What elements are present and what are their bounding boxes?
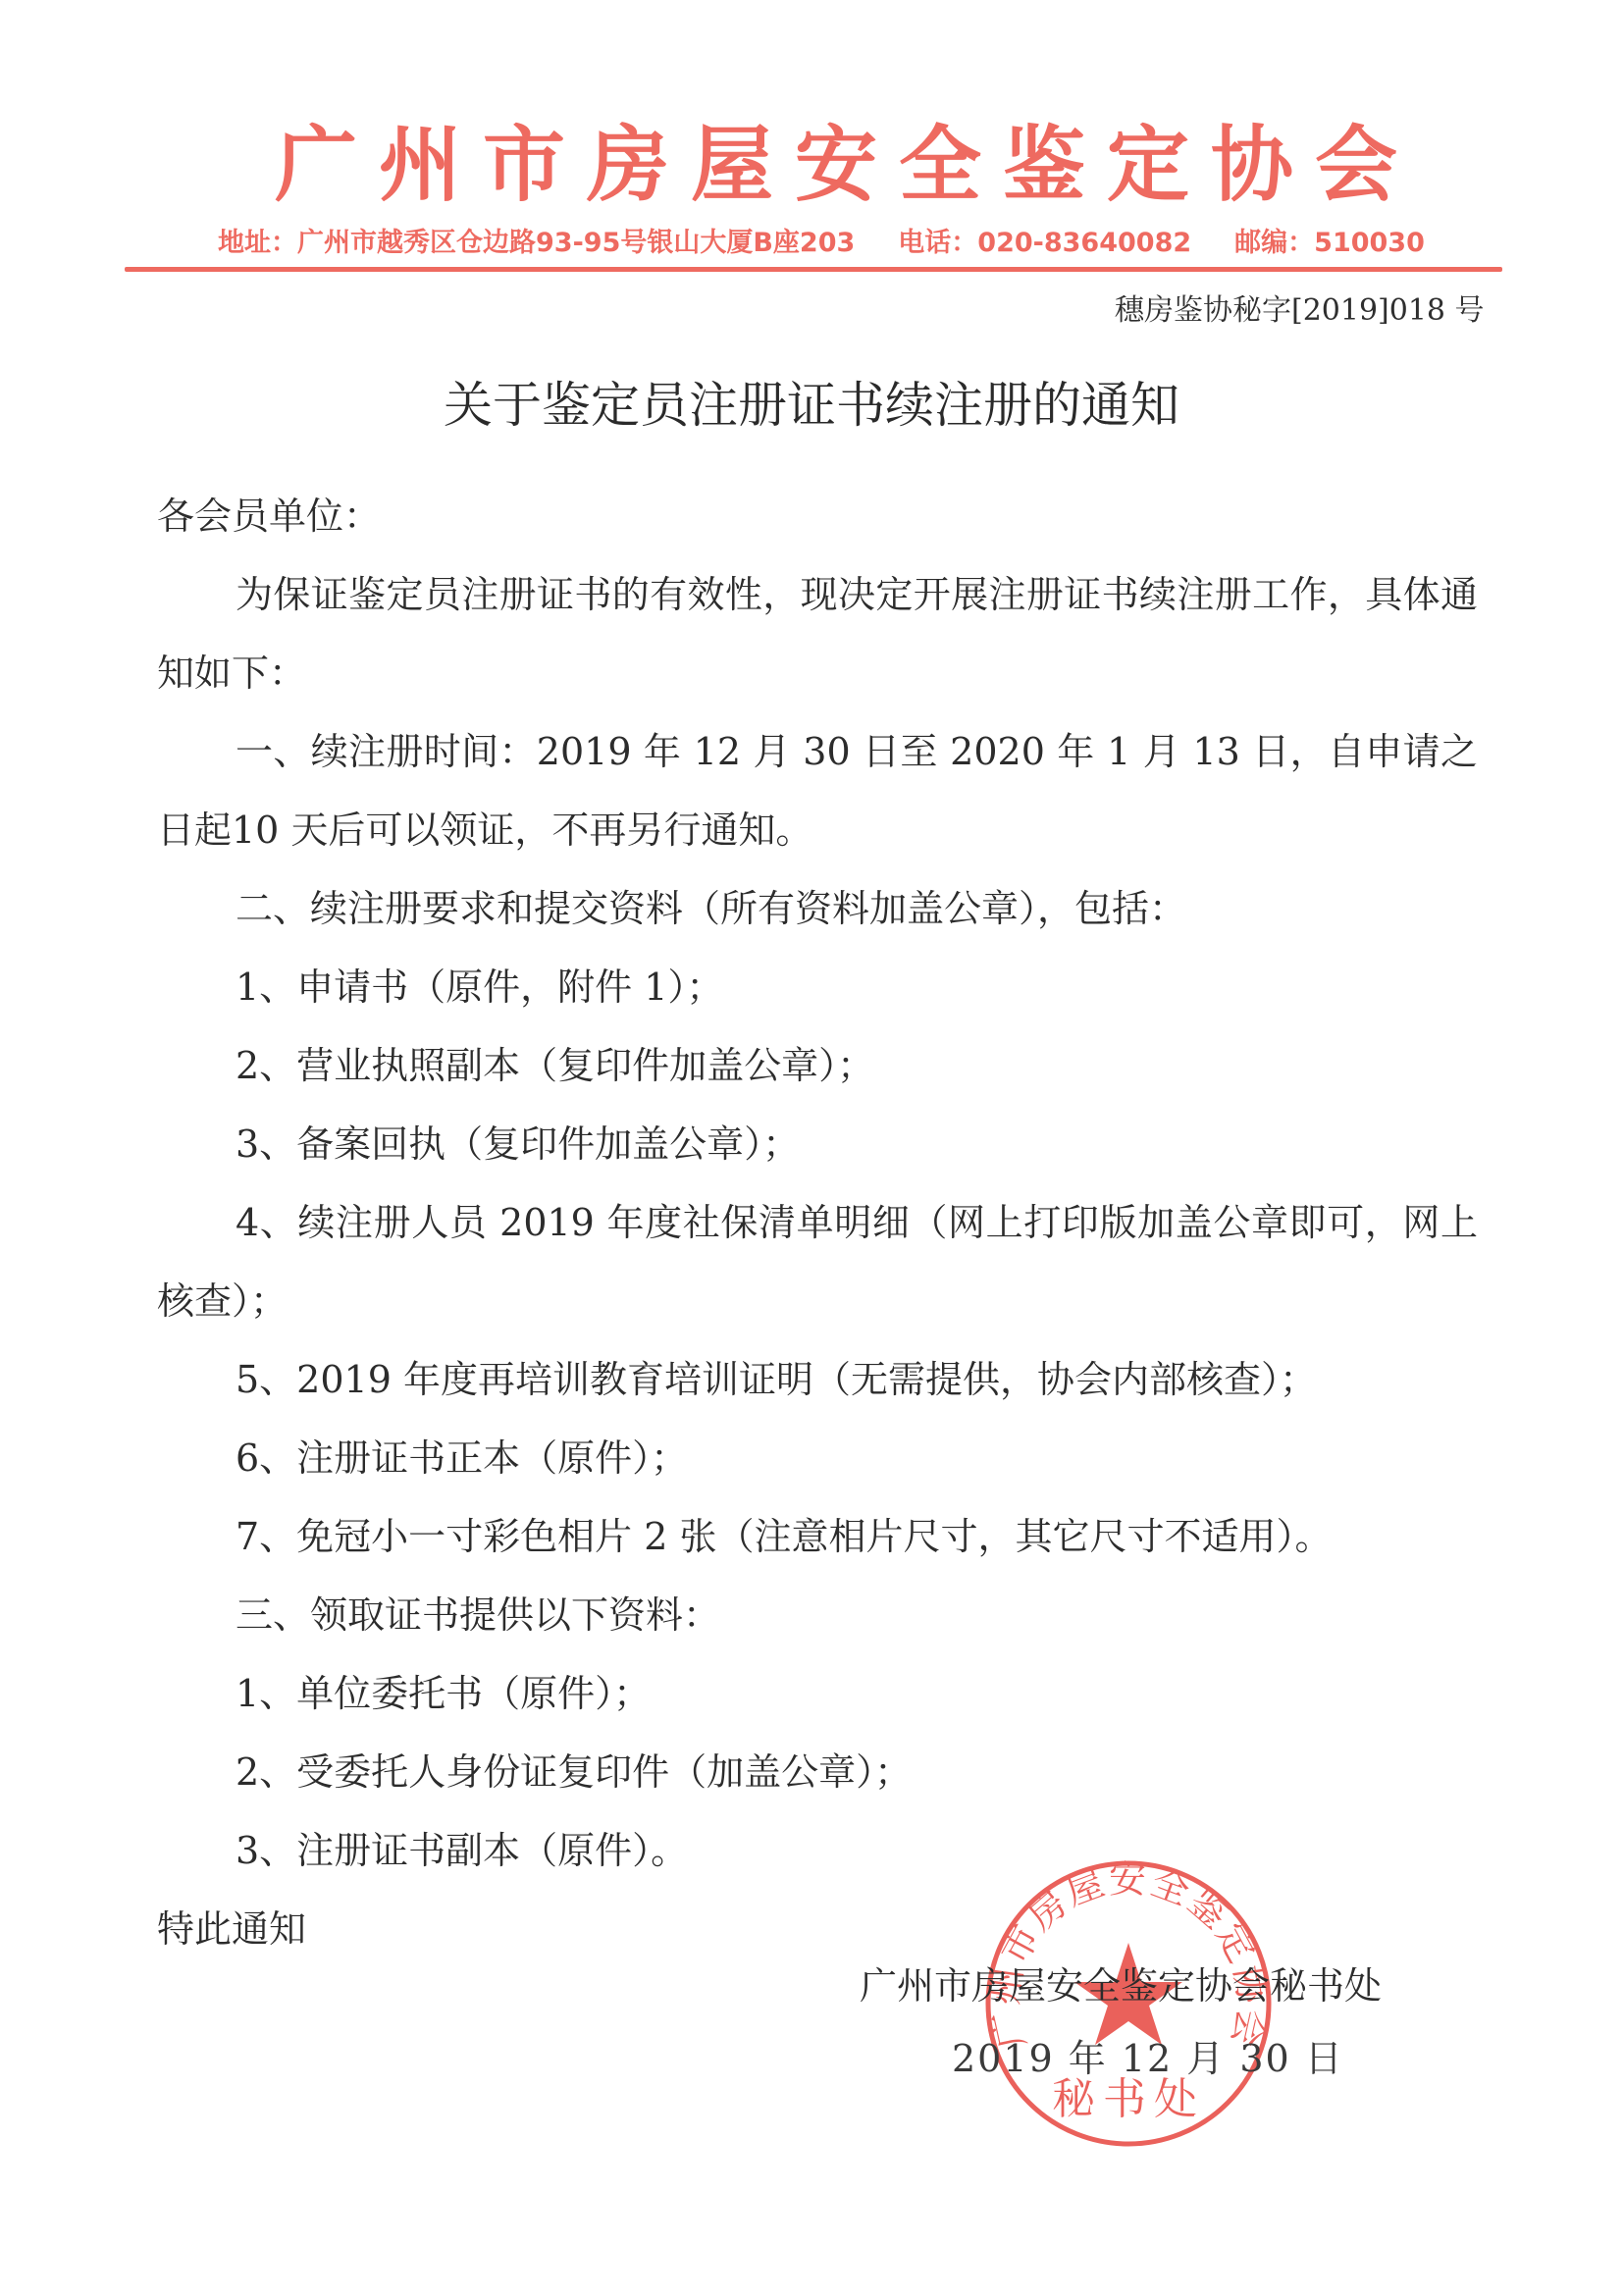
list-item: 3、备案回执（复印件加盖公章）； <box>157 1105 1478 1183</box>
postcode-value: 510030 <box>1314 228 1425 258</box>
letterhead-divider <box>125 267 1502 272</box>
postcode-label: 邮编： <box>1234 228 1314 258</box>
intro-paragraph: 为保证鉴定员注册证书的有效性，现决定开展注册证书续注册工作，具体通知如下： <box>157 555 1478 712</box>
salutation: 各会员单位： <box>157 477 1478 555</box>
address-label: 地址： <box>218 228 297 258</box>
letterhead-organization: 广州市房屋安全鉴定协会 <box>275 116 1364 214</box>
list-item: 2、营业执照副本（复印件加盖公章）； <box>157 1026 1478 1105</box>
list-item: 2、受委托人身份证复印件（加盖公章）； <box>157 1733 1478 1811</box>
list-item: 7、免冠小一寸彩色相片 2 张（注意相片尺寸，其它尺寸不适用）。 <box>157 1497 1478 1576</box>
letterhead-contact: 地址：广州市越秀区仓边路93-95号银山大厦B座203 电话：020-83640… <box>218 224 1415 263</box>
signatory: 广州市房屋安全鉴定协会秘书处 <box>860 1957 1382 2015</box>
address-value: 广州市越秀区仓边路93-95号银山大厦B座203 <box>297 228 855 258</box>
list-item: 6、注册证书正本（原件）； <box>157 1419 1478 1497</box>
issue-date: 2019 年 12 月 30 日 <box>952 2029 1344 2088</box>
list-item: 3、注册证书副本（原件）。 <box>157 1811 1478 1890</box>
list-item: 1、单位委托书（原件）； <box>157 1654 1478 1733</box>
list-item: 1、申请书（原件，附件 1）； <box>157 948 1478 1026</box>
phone: 电话：020-83640082 <box>898 224 1191 263</box>
list-item: 4、续注册人员 2019 年度社保清单明细（网上打印版加盖公章即可，网上核查）； <box>157 1183 1478 1340</box>
postcode: 邮编：510030 <box>1234 224 1425 263</box>
document-number: 穗房鉴协秘字[2019]018 号 <box>1115 290 1485 332</box>
address: 地址：广州市越秀区仓边路93-95号银山大厦B座203 <box>218 224 855 263</box>
section-2-heading: 二、续注册要求和提交资料（所有资料加盖公章），包括： <box>157 869 1478 948</box>
document-title: 关于鉴定员注册证书续注册的通知 <box>294 373 1329 438</box>
phone-label: 电话： <box>898 228 977 258</box>
list-item: 5、2019 年度再培训教育培训证明（无需提供，协会内部核查）； <box>157 1340 1478 1419</box>
document-body: 各会员单位： 为保证鉴定员注册证书的有效性，现决定开展注册证书续注册工作，具体通… <box>157 477 1478 1968</box>
section-1-heading: 一、续注册时间：2019 年 12 月 30 日至 2020 年 1 月 13 … <box>157 712 1478 869</box>
phone-value: 020-83640082 <box>977 228 1191 258</box>
section-3-heading: 三、领取证书提供以下资料： <box>157 1576 1478 1654</box>
